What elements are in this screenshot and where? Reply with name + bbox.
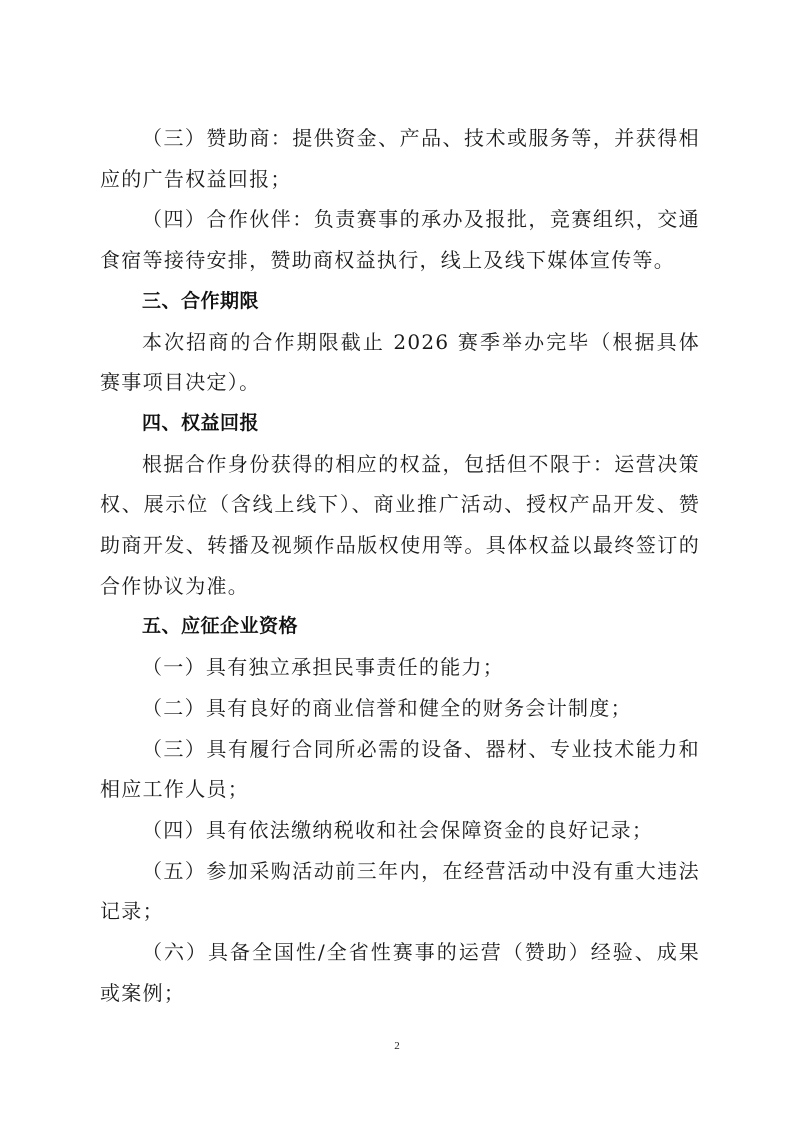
qualification-item-1: （一）具有独立承担民事责任的能力； [100, 647, 700, 688]
qualification-item-3: （三）具有履行合同所必需的设备、器材、专业技术能力和相应工作人员； [100, 729, 700, 810]
qualification-item-4: （四）具有依法缴纳税收和社会保障资金的良好记录； [100, 810, 700, 851]
qualification-item-2: （二）具有良好的商业信誉和健全的财务会计制度； [100, 688, 700, 729]
heading-qualifications: 五、应征企业资格 [100, 606, 700, 647]
page-number: 2 [0, 1040, 794, 1052]
paragraph-sponsor: （三）赞助商：提供资金、产品、技术或服务等，并获得相应的广告权益回报； [100, 118, 700, 199]
qualification-item-6: （六）具备全国性/全省性赛事的运营（赞助）经验、成果或案例； [100, 932, 700, 1013]
document-body: （三）赞助商：提供资金、产品、技术或服务等，并获得相应的广告权益回报； （四）合… [100, 118, 700, 1013]
paragraph-cooperation-period: 本次招商的合作期限截止 2026 赛季举办完毕（根据具体赛事项目决定）。 [100, 322, 700, 403]
paragraph-partner: （四）合作伙伴：负责赛事的承办及报批，竞赛组织，交通食宿等接待安排，赞助商权益执… [100, 199, 700, 280]
heading-cooperation-period: 三、合作期限 [100, 281, 700, 322]
qualification-item-5: （五）参加采购活动前三年内，在经营活动中没有重大违法记录； [100, 851, 700, 932]
heading-rights-return: 四、权益回报 [100, 403, 700, 444]
paragraph-rights-return: 根据合作身份获得的相应的权益，包括但不限于：运营决策权、展示位（含线上线下）、商… [100, 444, 700, 607]
document-page: （三）赞助商：提供资金、产品、技术或服务等，并获得相应的广告权益回报； （四）合… [0, 0, 794, 1123]
